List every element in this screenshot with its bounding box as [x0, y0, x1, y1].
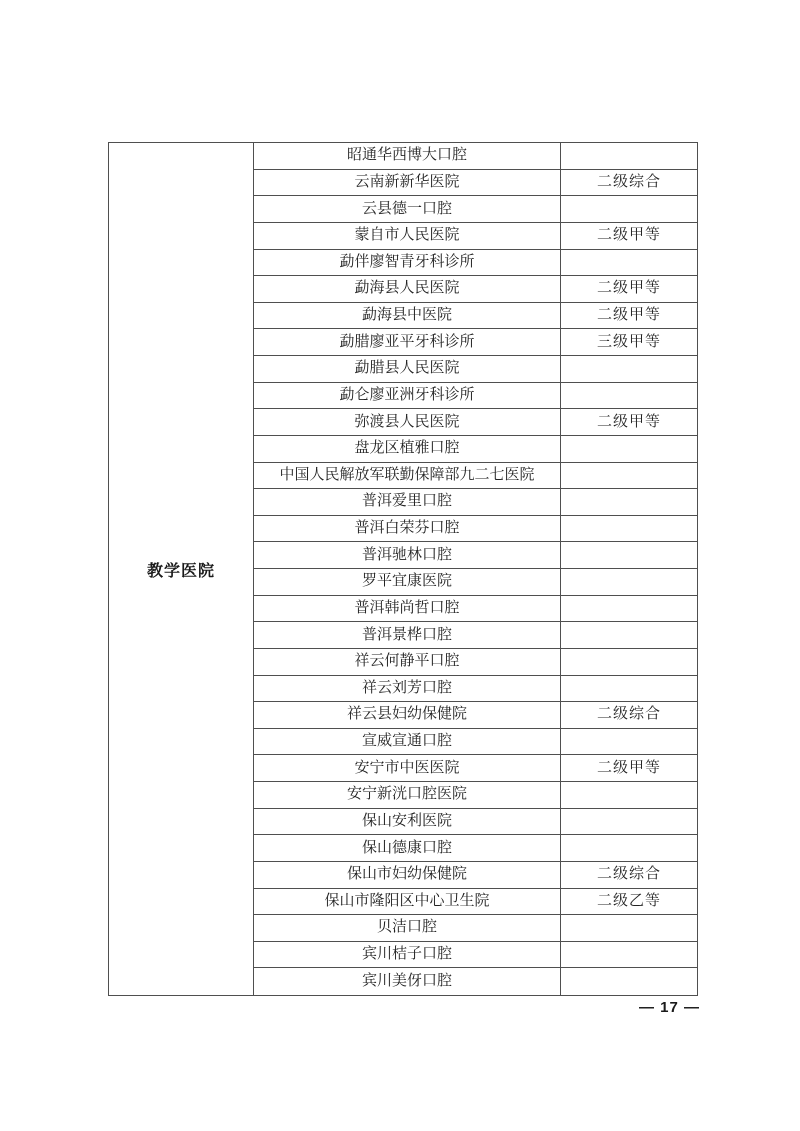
- table-row: 保山安利医院: [254, 809, 697, 836]
- hospital-name-cell: 云南新新华医院: [254, 170, 561, 196]
- hospital-name-cell: 中国人民解放军联勤保障部九二七医院: [254, 463, 561, 489]
- hospital-name-cell: 普洱韩尚哲口腔: [254, 596, 561, 622]
- hospital-grade-cell: [561, 196, 697, 222]
- hospital-grade-cell: 二级综合: [561, 862, 697, 888]
- hospital-grade-cell: [561, 649, 697, 675]
- hospital-name-cell: 昭通华西博大口腔: [254, 143, 561, 169]
- table-row: 勐腊县人民医院: [254, 356, 697, 383]
- hospital-grade-cell: [561, 596, 697, 622]
- hospital-name-cell: 普洱驰林口腔: [254, 542, 561, 568]
- hospital-grade-cell: 二级甲等: [561, 276, 697, 302]
- table-row: 勐海县中医院二级甲等: [254, 303, 697, 330]
- hospital-grade-cell: [561, 622, 697, 648]
- table-row: 保山德康口腔: [254, 835, 697, 862]
- table-row: 盘龙区植雅口腔: [254, 436, 697, 463]
- hospital-name-cell: 保山安利医院: [254, 809, 561, 835]
- hospital-grade-cell: [561, 569, 697, 595]
- hospital-name-cell: 保山市隆阳区中心卫生院: [254, 889, 561, 915]
- table-row: 普洱驰林口腔: [254, 542, 697, 569]
- hospital-grade-cell: [561, 436, 697, 462]
- hospital-grade-cell: 二级综合: [561, 702, 697, 728]
- hospital-grade-cell: [561, 835, 697, 861]
- table-row: 罗平宜康医院: [254, 569, 697, 596]
- hospital-grade-cell: [561, 383, 697, 409]
- hospital-grade-cell: 二级综合: [561, 170, 697, 196]
- hospital-grade-cell: [561, 143, 697, 169]
- hospital-grade-cell: [561, 250, 697, 276]
- table-row: 宾川美伢口腔: [254, 968, 697, 995]
- hospital-grade-cell: [561, 968, 697, 995]
- hospital-name-cell: 宣威宣通口腔: [254, 729, 561, 755]
- hospital-grade-cell: [561, 676, 697, 702]
- hospital-grade-cell: 二级甲等: [561, 755, 697, 781]
- table-row: 中国人民解放军联勤保障部九二七医院: [254, 463, 697, 490]
- hospital-name-cell: 普洱景桦口腔: [254, 622, 561, 648]
- hospital-grade-cell: [561, 809, 697, 835]
- hospital-name-cell: 普洱白荣芬口腔: [254, 516, 561, 542]
- table-row: 云县德一口腔: [254, 196, 697, 223]
- table-row: 宾川桔子口腔: [254, 942, 697, 969]
- hospital-grade-cell: [561, 942, 697, 968]
- table-rows: 昭通华西博大口腔云南新新华医院二级综合云县德一口腔蒙自市人民医院二级甲等勐伴廖智…: [254, 143, 697, 995]
- hospital-name-cell: 云县德一口腔: [254, 196, 561, 222]
- hospital-name-cell: 祥云县妇幼保健院: [254, 702, 561, 728]
- page-number: — 17 —: [639, 999, 700, 1016]
- hospital-grade-cell: 三级甲等: [561, 329, 697, 355]
- table-row: 云南新新华医院二级综合: [254, 170, 697, 197]
- hospital-name-cell: 贝洁口腔: [254, 915, 561, 941]
- hospital-name-cell: 勐仑廖亚洲牙科诊所: [254, 383, 561, 409]
- hospital-grade-cell: [561, 489, 697, 515]
- table-row: 祥云何静平口腔: [254, 649, 697, 676]
- table-row: 勐海县人民医院二级甲等: [254, 276, 697, 303]
- hospital-grade-cell: [561, 729, 697, 755]
- table-row: 贝洁口腔: [254, 915, 697, 942]
- hospital-grade-cell: 二级乙等: [561, 889, 697, 915]
- hospital-grade-cell: [561, 542, 697, 568]
- hospital-name-cell: 宾川美伢口腔: [254, 968, 561, 995]
- hospital-name-cell: 勐海县人民医院: [254, 276, 561, 302]
- table-row: 安宁新洸口腔医院: [254, 782, 697, 809]
- hospital-grade-cell: [561, 356, 697, 382]
- table-row: 保山市隆阳区中心卫生院二级乙等: [254, 889, 697, 916]
- hospital-name-cell: 勐腊县人民医院: [254, 356, 561, 382]
- table-row: 弥渡县人民医院二级甲等: [254, 409, 697, 436]
- hospital-grade-cell: [561, 915, 697, 941]
- hospital-grade-cell: 二级甲等: [561, 223, 697, 249]
- table-row: 普洱白荣芬口腔: [254, 516, 697, 543]
- hospital-name-cell: 安宁新洸口腔医院: [254, 782, 561, 808]
- hospital-name-cell: 宾川桔子口腔: [254, 942, 561, 968]
- hospital-name-cell: 蒙自市人民医院: [254, 223, 561, 249]
- hospital-name-cell: 祥云刘芳口腔: [254, 676, 561, 702]
- hospital-name-cell: 弥渡县人民医院: [254, 409, 561, 435]
- table-row: 勐腊廖亚平牙科诊所三级甲等: [254, 329, 697, 356]
- hospital-name-cell: 祥云何静平口腔: [254, 649, 561, 675]
- table-row: 蒙自市人民医院二级甲等: [254, 223, 697, 250]
- table-row: 安宁市中医医院二级甲等: [254, 755, 697, 782]
- hospital-grade-cell: 二级甲等: [561, 409, 697, 435]
- category-cell: 教学医院: [109, 143, 254, 995]
- hospital-name-cell: 安宁市中医医院: [254, 755, 561, 781]
- table-row: 祥云刘芳口腔: [254, 676, 697, 703]
- table-row: 普洱爱里口腔: [254, 489, 697, 516]
- hospital-name-cell: 保山市妇幼保健院: [254, 862, 561, 888]
- hospital-grade-cell: 二级甲等: [561, 303, 697, 329]
- hospital-grade-cell: [561, 516, 697, 542]
- table-row: 祥云县妇幼保健院二级综合: [254, 702, 697, 729]
- table-row: 普洱韩尚哲口腔: [254, 596, 697, 623]
- table-row: 宣威宣通口腔: [254, 729, 697, 756]
- hospital-name-cell: 勐海县中医院: [254, 303, 561, 329]
- hospital-name-cell: 普洱爱里口腔: [254, 489, 561, 515]
- hospital-name-cell: 勐腊廖亚平牙科诊所: [254, 329, 561, 355]
- table-row: 勐伴廖智青牙科诊所: [254, 250, 697, 277]
- hospital-grade-cell: [561, 463, 697, 489]
- table-row: 勐仑廖亚洲牙科诊所: [254, 383, 697, 410]
- table-row: 保山市妇幼保健院二级综合: [254, 862, 697, 889]
- hospital-name-cell: 保山德康口腔: [254, 835, 561, 861]
- table-row: 昭通华西博大口腔: [254, 143, 697, 170]
- document-page: 教学医院 昭通华西博大口腔云南新新华医院二级综合云县德一口腔蒙自市人民医院二级甲…: [0, 0, 800, 1131]
- hospital-name-cell: 罗平宜康医院: [254, 569, 561, 595]
- hospital-name-cell: 盘龙区植雅口腔: [254, 436, 561, 462]
- teaching-hospitals-table: 教学医院 昭通华西博大口腔云南新新华医院二级综合云县德一口腔蒙自市人民医院二级甲…: [108, 142, 698, 996]
- hospital-name-cell: 勐伴廖智青牙科诊所: [254, 250, 561, 276]
- hospital-grade-cell: [561, 782, 697, 808]
- table-row: 普洱景桦口腔: [254, 622, 697, 649]
